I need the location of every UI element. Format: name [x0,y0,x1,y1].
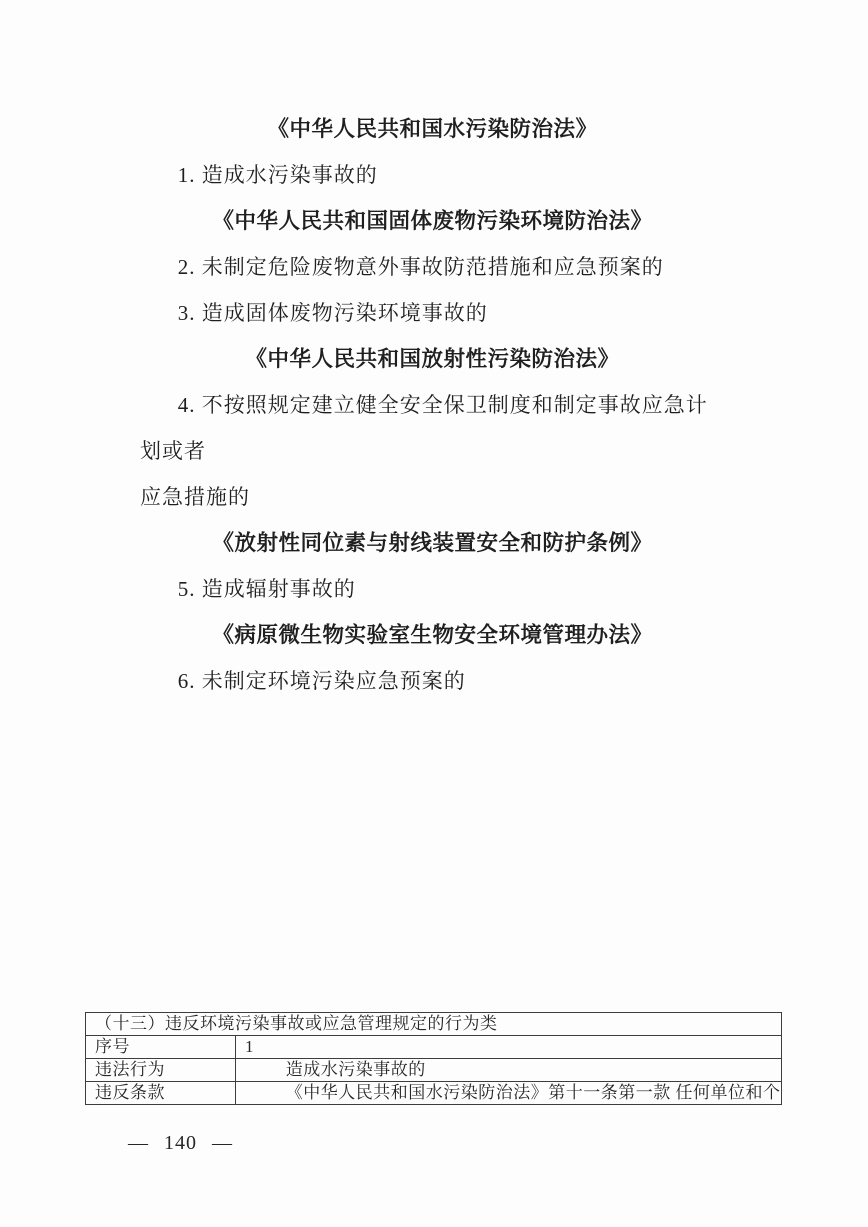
numbered-item: 2. 未制定危险废物意外事故防范措施和应急预案的 [140,244,725,290]
document-page: 《中华人民共和国水污染防治法》 1. 造成水污染事故的 《中华人民共和国固体废物… [0,0,868,1227]
page-number: — 140 — [128,1132,233,1155]
numbered-item: 4. 不按照规定建立健全安全保卫制度和制定事故应急计划或者 应急措施的 [140,382,725,520]
numbered-item: 5. 造成辐射事故的 [140,566,725,612]
numbered-item: 6. 未制定环境污染应急预案的 [140,658,725,704]
numbered-item: 3. 造成固体废物污染环境事故的 [140,290,725,336]
law-title-heading: 《中华人民共和国放射性污染防治法》 [140,336,725,382]
row-label-illegal-act: 违法行为 [86,1059,236,1082]
row-label-violated-clause: 违反条款 [86,1082,236,1105]
numbered-item: 1. 造成水污染事故的 [140,152,725,198]
table-title: （十三）违反环境污染事故或应急管理规定的行为类 [86,1013,782,1036]
table-row: 违法行为 造成水污染事故的 [86,1059,782,1082]
law-title-heading: 《放射性同位素与射线装置安全和防护条例》 [140,520,725,566]
law-title-heading: 《病原微生物实验室生物安全环境管理办法》 [140,612,725,658]
table-row: 违反条款 《中华人民共和国水污染防治法》第十一条第一款 任何单位和个 [86,1082,782,1105]
row-value-serial-number: 1 [236,1036,782,1059]
row-value-illegal-act: 造成水污染事故的 [236,1059,782,1082]
row-value-violated-clause: 《中华人民共和国水污染防治法》第十一条第一款 任何单位和个 [236,1082,782,1105]
table-row: 序号 1 [86,1036,782,1059]
violation-category-table: （十三）违反环境污染事故或应急管理规定的行为类 序号 1 违法行为 造成水污染事… [85,1012,782,1105]
table-row: （十三）违反环境污染事故或应急管理规定的行为类 [86,1013,782,1036]
row-label-serial-number: 序号 [86,1036,236,1059]
law-title-heading: 《中华人民共和国水污染防治法》 [140,106,725,152]
law-title-heading: 《中华人民共和国固体废物污染环境防治法》 [140,198,725,244]
document-body: 《中华人民共和国水污染防治法》 1. 造成水污染事故的 《中华人民共和国固体废物… [140,106,725,704]
